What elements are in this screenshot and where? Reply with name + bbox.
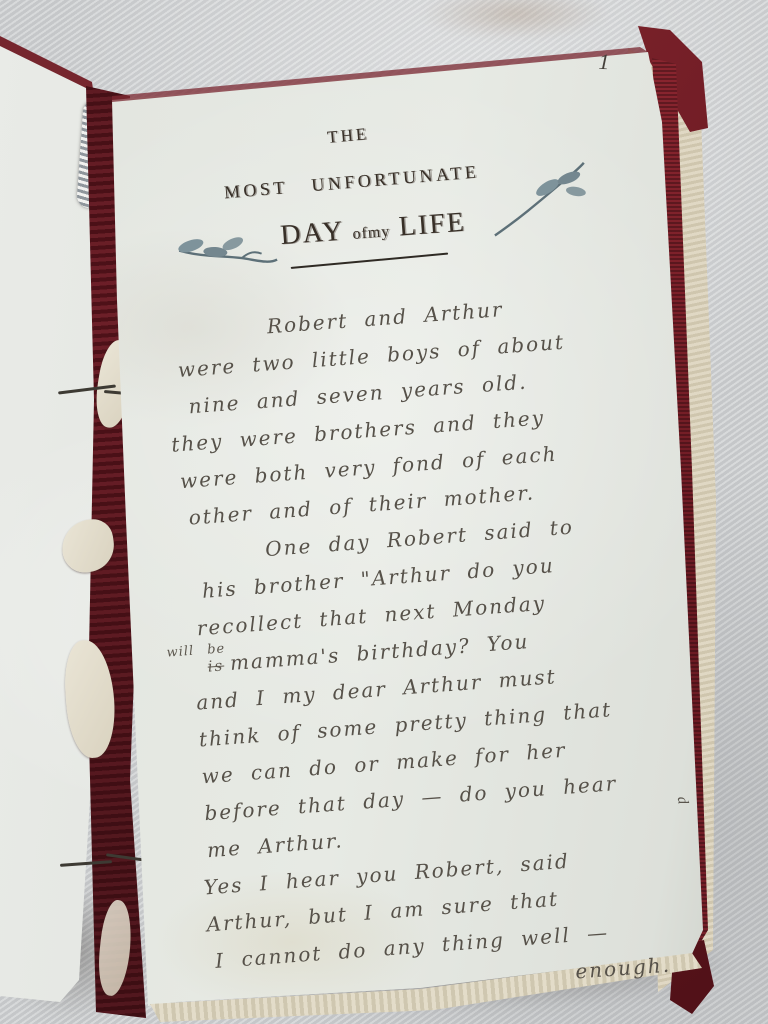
manuscript: Robert and Arthur were two little boys o…: [162, 278, 728, 1017]
book-photo: 1 THE MOST UNFORTUNATE DAY ofmy LIFE: [0, 0, 768, 1024]
page-number: 1: [598, 49, 610, 75]
fabric-smudge: [420, 0, 610, 40]
title-most-unfortunate: MOST UNFORTUNATE: [176, 158, 527, 208]
interlinear-insertion: will be: [165, 630, 226, 671]
leaf-sprig-left-icon: [174, 225, 281, 282]
leaf-sprig-right-icon: [484, 159, 593, 240]
page-content: 1 THE MOST UNFORTUNATE DAY ofmy LIFE: [128, 59, 754, 1018]
title-the: THE: [173, 110, 523, 162]
title-rule: [291, 253, 449, 269]
